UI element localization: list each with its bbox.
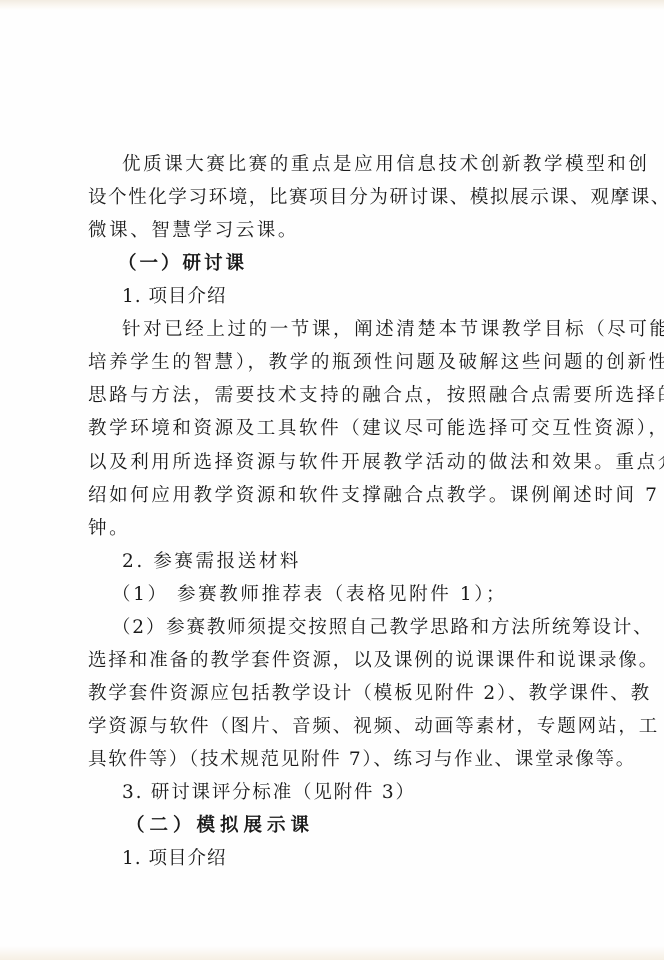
materials-item-2-line-1: （2）参赛教师须提交按照自己教学思路和方法所统筹设计、	[112, 616, 612, 640]
document-page: 优质课大赛比赛的重点是应用信息技术创新教学模型和创 设个性化学习环境，比赛项目分…	[0, 0, 664, 960]
subheading-project-intro-2: 1. 项目介绍	[122, 847, 622, 871]
materials-item-1: （1） 参赛教师推荐表（表格见附件 1）；	[112, 583, 612, 607]
project-intro-line-7: 钟。	[88, 517, 588, 541]
materials-item-2-line-4: 学资源与软件（图片、音频、视频、动画等素材，专题网站，工	[88, 715, 588, 739]
subheading-project-intro: 1. 项目介绍	[122, 285, 622, 309]
project-intro-line-6: 绍如何应用教学资源和软件支撑融合点教学。课例阐述时间 7 分	[88, 484, 588, 508]
materials-item-2-line-3: 教学套件资源应包括教学设计（模板见附件 2）、教学课件、教	[88, 682, 588, 706]
subheading-submission-materials: 2. 参赛需报送材料	[122, 550, 622, 574]
section-heading-seminar: （一）研讨课	[118, 252, 618, 276]
materials-item-2-line-2: 选择和准备的教学套件资源，以及课例的说课课件和说课录像。	[88, 649, 588, 673]
materials-item-2-line-5: 具软件等）（技术规范见附件 7）、练习与作业、课堂录像等。	[88, 748, 588, 772]
subheading-scoring-criteria: 3. 研讨课评分标准（见附件 3）	[122, 781, 622, 805]
project-intro-line-5: 以及利用所选择资源与软件开展教学活动的做法和效果。重点介	[88, 451, 588, 475]
project-intro-line-4: 教学环境和资源及工具软件（建议尽可能选择可交互性资源），	[88, 417, 588, 441]
project-intro-line-1: 针对已经上过的一节课，阐述清楚本节课教学目标（尽可能	[122, 318, 622, 342]
project-intro-line-3: 思路与方法，需要技术支持的融合点，按照融合点需要所选择的	[88, 384, 588, 408]
project-intro-line-2: 培养学生的智慧），教学的瓶颈性问题及破解这些问题的创新性	[88, 351, 588, 375]
section-heading-simulated-demo: （二）模拟展示课	[126, 814, 626, 838]
intro-paragraph-line-2: 设个性化学习环境，比赛项目分为研讨课、模拟展示课、观摩课、	[88, 186, 588, 210]
intro-paragraph-line-1: 优质课大赛比赛的重点是应用信息技术创新教学模型和创	[122, 153, 622, 177]
intro-paragraph-line-3: 微课、智慧学习云课。	[88, 219, 588, 243]
